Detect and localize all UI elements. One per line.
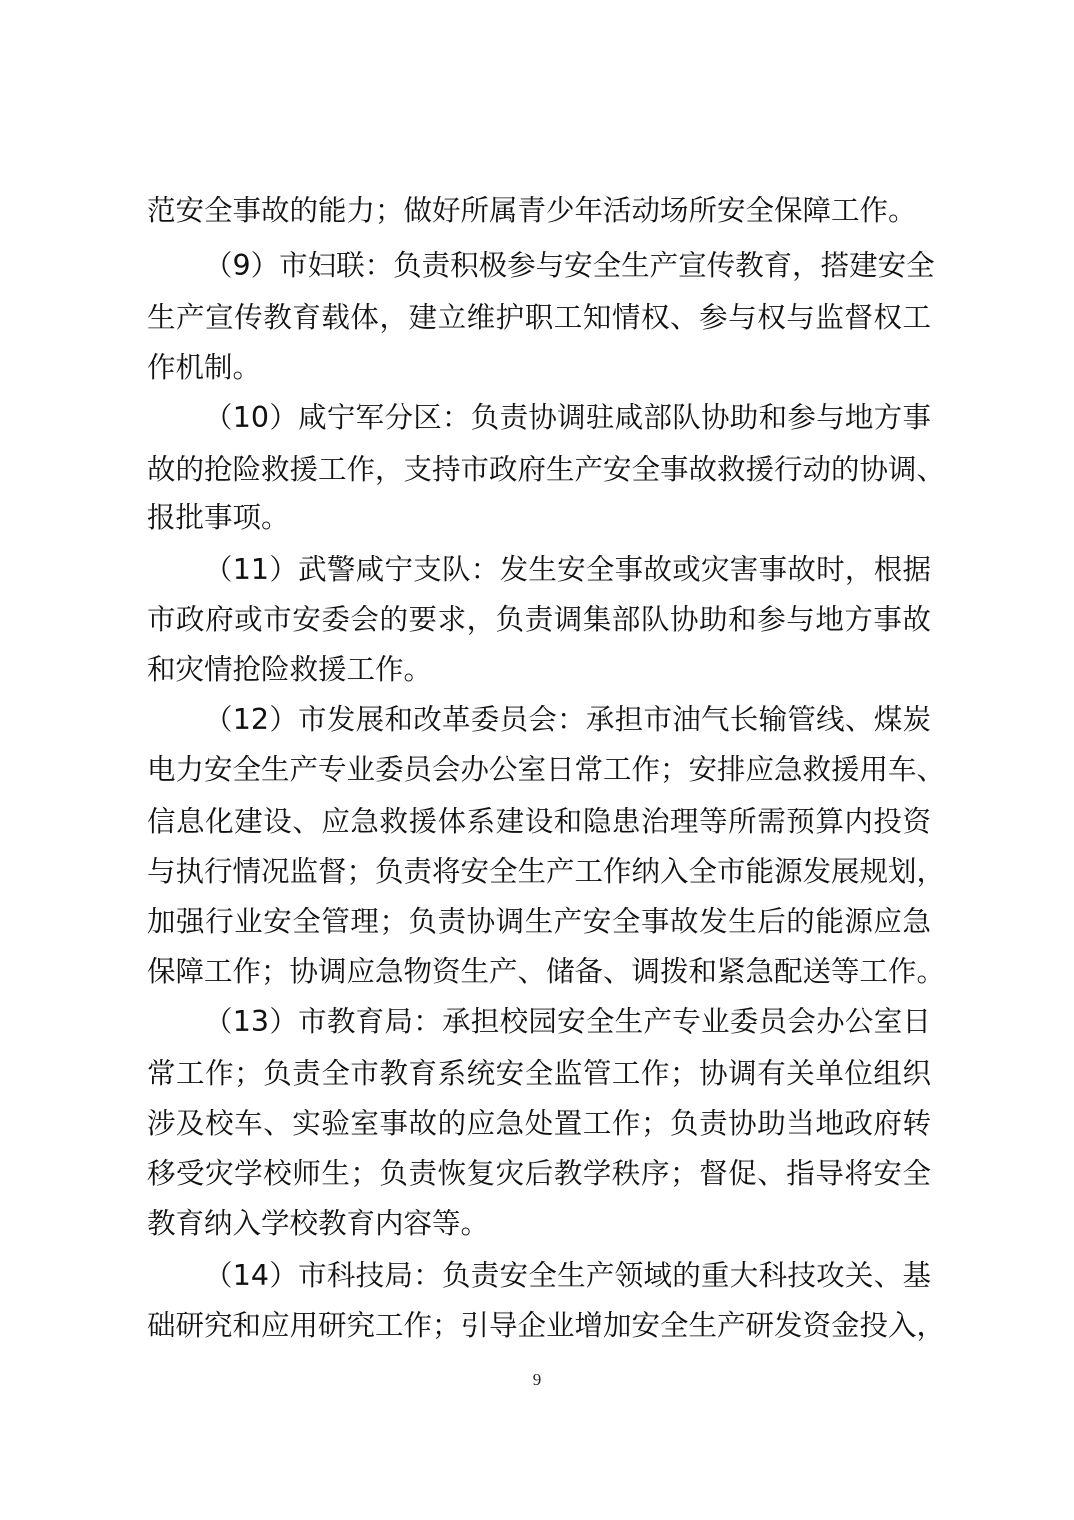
document-page: 范安全事故的能力；做好所属青少年活动场所安全保障工作。（9）市妇联：负责积极参与…	[0, 0, 1074, 1520]
text-line: 电力安全生产专业委员会办公室日常工作；安排应急救援用车、	[147, 750, 931, 790]
paragraph-first-line: （9）市妇联：负责积极参与安全生产宣传教育，搭建安全	[204, 246, 931, 286]
text-line: 作机制。	[147, 348, 931, 388]
text-line: 信息化建设、应急救援体系建设和隐患治理等所需预算内投资	[147, 802, 931, 842]
paragraph-first-line: （11）武警咸宁支队：发生安全事故或灾害事故时，根据	[204, 550, 931, 590]
text-line: 教育纳入学校教育内容等。	[147, 1204, 931, 1244]
text-line: 加强行业安全管理；负责协调生产安全事故发生后的能源应急	[147, 902, 931, 942]
text-line: 市政府或市安委会的要求，负责调集部队协助和参与地方事故	[147, 600, 931, 640]
paragraph-first-line: （12）市发展和改革委员会：承担市油气长输管线、煤炭	[204, 700, 931, 740]
paragraph-first-line: （13）市教育局：承担校园安全生产专业委员会办公室日	[204, 1002, 931, 1042]
text-line: 础研究和应用研究工作；引导企业增加安全生产研发资金投入，	[147, 1306, 931, 1346]
text-line: 故的抢险救援工作，支持市政府生产安全事故救援行动的协调、	[147, 450, 931, 490]
text-line: 和灾情抢险救援工作。	[147, 650, 931, 690]
text-line: 报批事项。	[147, 498, 931, 538]
text-line: 常工作；负责全市教育系统安全监管工作；协调有关单位组织	[147, 1054, 931, 1094]
page-number: 9	[0, 1370, 1074, 1390]
text-line: 涉及校车、实验室事故的应急处置工作；负责协助当地政府转	[147, 1104, 931, 1144]
paragraph-first-line: （10）咸宁军分区：负责协调驻咸部队协助和参与地方事	[204, 398, 931, 438]
text-line: 范安全事故的能力；做好所属青少年活动场所安全保障工作。	[147, 191, 931, 231]
text-line: 生产宣传教育载体，建立维护职工知情权、参与权与监督权工	[147, 298, 931, 338]
paragraph-first-line: （14）市科技局：负责安全生产领域的重大科技攻关、基	[204, 1256, 931, 1296]
text-line: 与执行情况监督；负责将安全生产工作纳入全市能源发展规划，	[147, 852, 931, 892]
text-line: 保障工作；协调应急物资生产、储备、调拨和紧急配送等工作。	[147, 952, 931, 992]
text-line: 移受灾学校师生；负责恢复灾后教学秩序；督促、指导将安全	[147, 1154, 931, 1194]
